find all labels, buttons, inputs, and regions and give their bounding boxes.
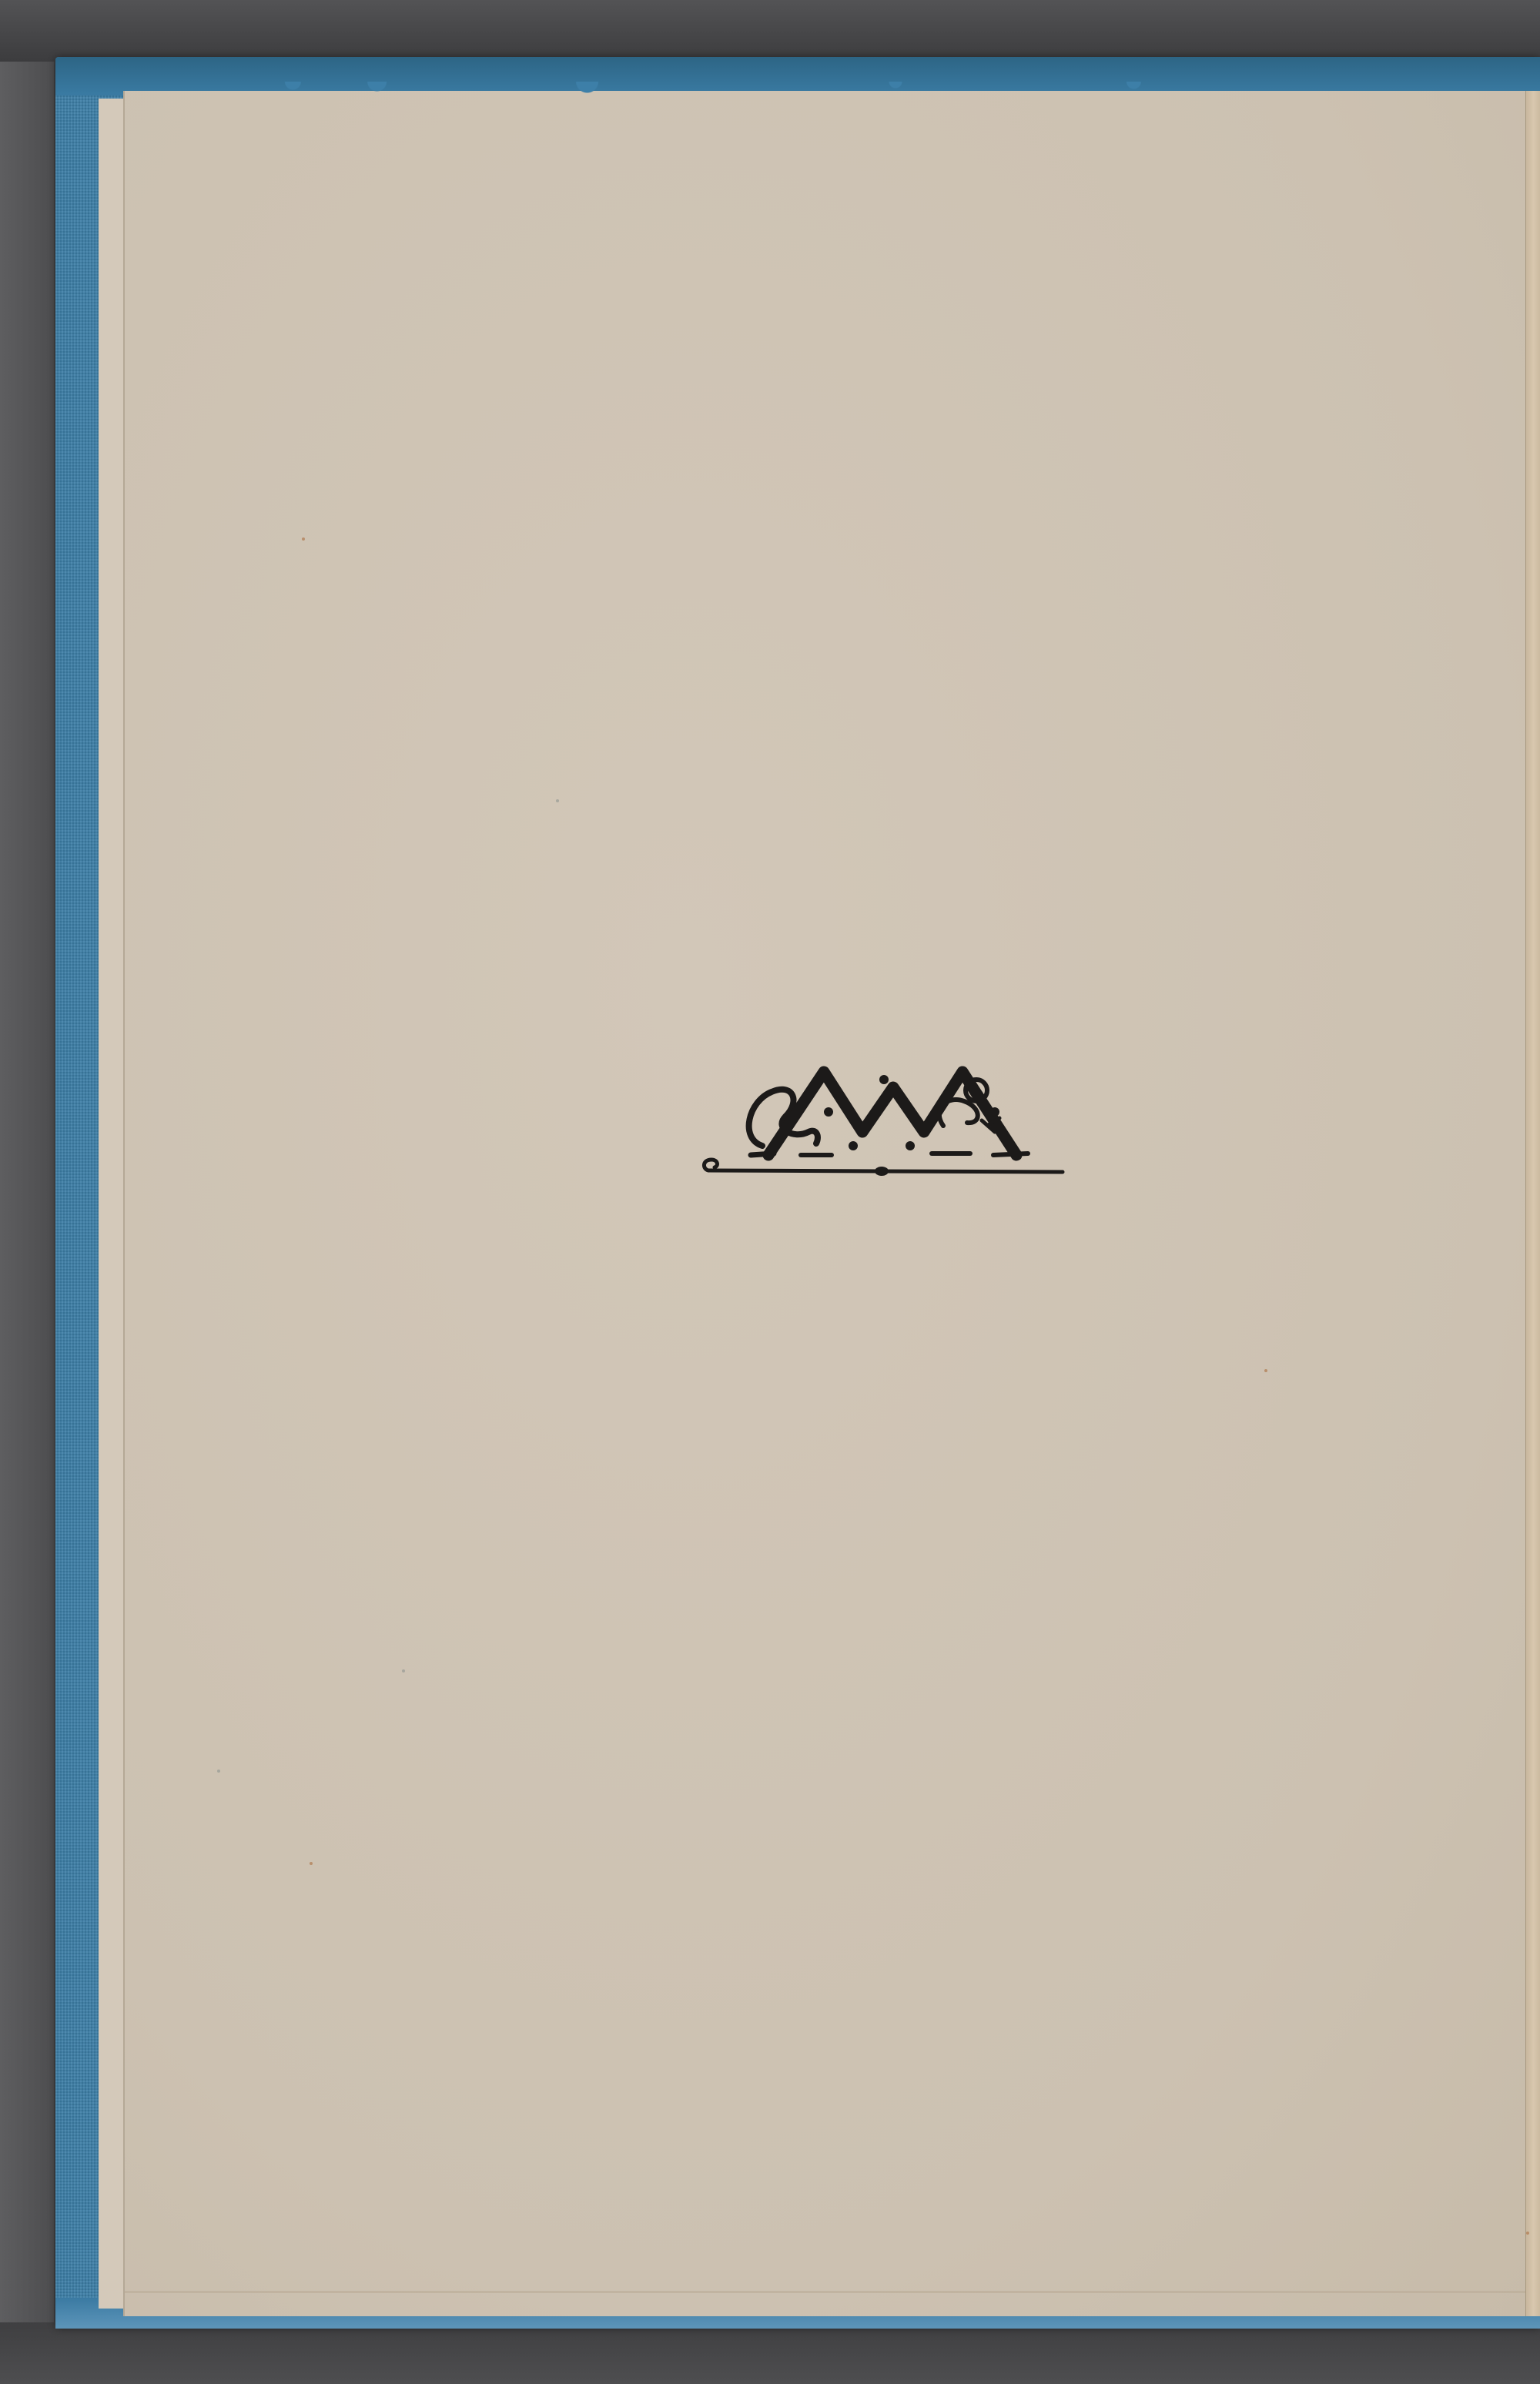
page-edge-right — [1525, 91, 1540, 2316]
deckle-edge-bottom — [125, 2291, 1526, 2293]
scan-background-bottom — [0, 2322, 1540, 2384]
scan-background-top — [0, 0, 1540, 62]
deckle-edge-top — [125, 82, 1526, 100]
paper-speck — [310, 1862, 313, 1865]
paper-speck — [302, 537, 305, 541]
paper-speck — [1264, 1369, 1267, 1372]
monogram-ornament-icon — [678, 1047, 1109, 1186]
paper-smudge — [402, 1669, 405, 1672]
scan-background-left — [0, 0, 54, 2384]
endpaper-page — [123, 91, 1526, 2316]
paper-smudge — [556, 799, 559, 802]
paper-smudge — [217, 1770, 220, 1773]
paper-speck — [1526, 2232, 1529, 2235]
